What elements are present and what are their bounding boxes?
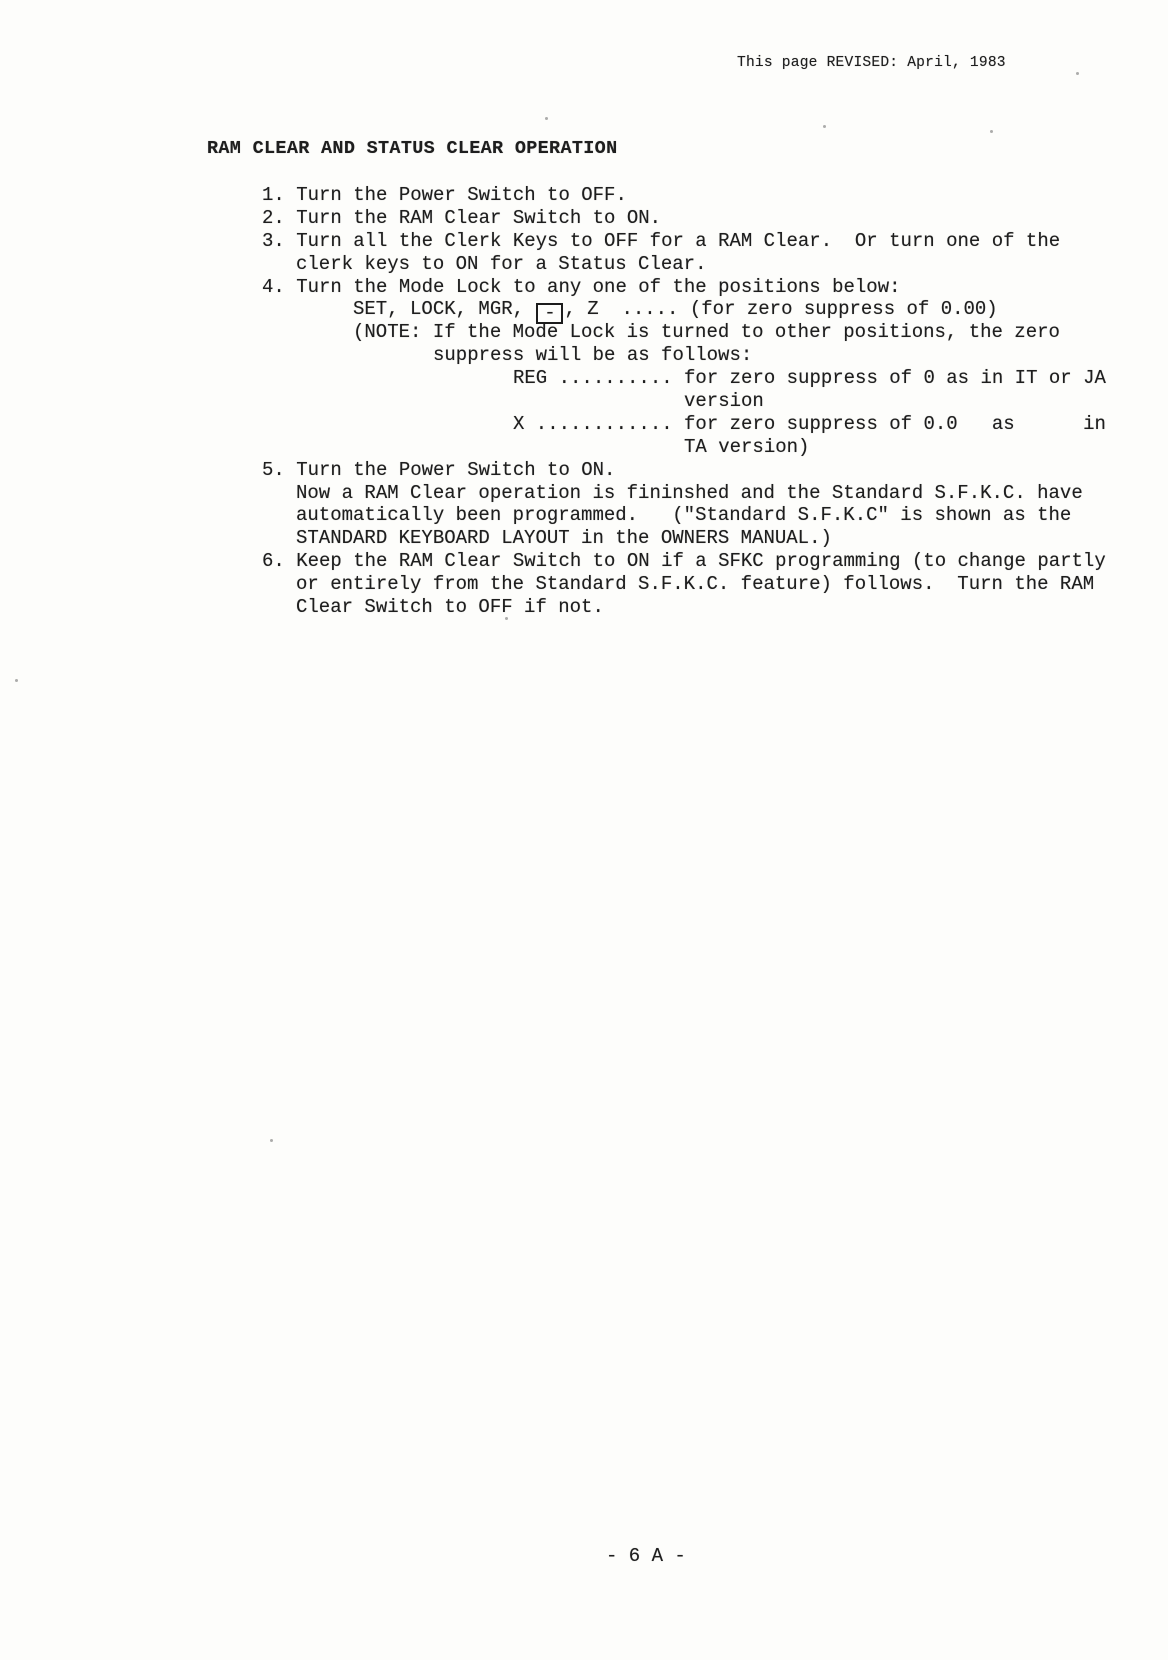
scan-speck xyxy=(1076,72,1079,75)
step-6: 6. Keep the RAM Clear Switch to ON if a … xyxy=(262,550,1122,573)
mode-positions-post: , Z ..... (for zero suppress of 0.00) xyxy=(564,298,997,320)
step-1: 1. Turn the Power Switch to OFF. xyxy=(262,184,1122,207)
step-2: 2. Turn the RAM Clear Switch to ON. xyxy=(262,207,1122,230)
step-5-note-2: automatically been programmed. ("Standar… xyxy=(262,504,1122,527)
page-number: - 6 A - xyxy=(606,1545,686,1567)
step-4: 4. Turn the Mode Lock to any one of the … xyxy=(262,276,1122,299)
scan-speck xyxy=(823,125,826,128)
x-suppress-continued: TA version) xyxy=(262,436,1122,459)
revision-note: This page REVISED: April, 1983 xyxy=(737,55,1006,71)
scan-speck xyxy=(270,1139,273,1142)
reg-suppress-line: REG .......... for zero suppress of 0 as… xyxy=(262,367,1122,390)
x-suppress-line: X ............ for zero suppress of 0.0 … xyxy=(262,413,1122,436)
step-6-continued-2: Clear Switch to OFF if not. xyxy=(262,596,1122,619)
instruction-list: 1. Turn the Power Switch to OFF. 2. Turn… xyxy=(262,184,1122,619)
scan-speck xyxy=(15,679,18,682)
scan-speck xyxy=(505,617,508,620)
step-5: 5. Turn the Power Switch to ON. xyxy=(262,459,1122,482)
step-5-note-3: STANDARD KEYBOARD LAYOUT in the OWNERS M… xyxy=(262,527,1122,550)
scan-speck xyxy=(990,130,993,133)
step-5-note-1: Now a RAM Clear operation is fininshed a… xyxy=(262,482,1122,505)
step-6-continued-1: or entirely from the Standard S.F.K.C. f… xyxy=(262,573,1122,596)
mode-positions-pre: SET, LOCK, MGR, xyxy=(353,298,535,320)
page-title: RAM CLEAR AND STATUS CLEAR OPERATION xyxy=(207,138,617,159)
mode-positions-line: SET, LOCK, MGR, -, Z ..... (for zero sup… xyxy=(262,298,1122,321)
step-3-continued: clerk keys to ON for a Status Clear. xyxy=(262,253,1122,276)
reg-suppress-continued: version xyxy=(262,390,1122,413)
manual-page: This page REVISED: April, 1983 RAM CLEAR… xyxy=(0,0,1168,1660)
scan-speck xyxy=(545,117,548,120)
note-line: (NOTE: If the Mode Lock is turned to oth… xyxy=(262,321,1122,344)
note-line-continued: suppress will be as follows: xyxy=(262,344,1122,367)
step-3: 3. Turn all the Clerk Keys to OFF for a … xyxy=(262,230,1122,253)
